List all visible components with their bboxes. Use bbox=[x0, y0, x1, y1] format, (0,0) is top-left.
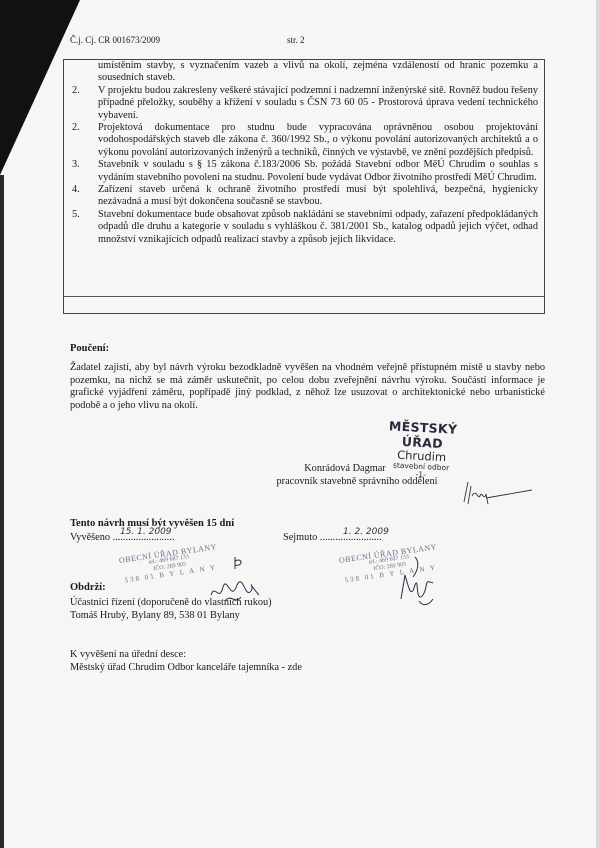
document-page: Č.j. Cj. CR 001673/2009 str. 2 umístěním… bbox=[0, 0, 600, 848]
recipients-line-2: Tomáš Hrubý, Bylany 89, 538 01 Bylany bbox=[70, 610, 240, 623]
recipients-line-1: Účastníci řízení (doporučeně do vlastníc… bbox=[70, 597, 272, 610]
signatory-name: Konrádová Dagmar bbox=[270, 463, 420, 474]
box-divider bbox=[64, 296, 544, 297]
notice-board-label: K vyvěšení na úřední desce: bbox=[70, 649, 186, 662]
posted-date: 15. 1. 2009 bbox=[120, 527, 172, 537]
condition-item: 4. Zařízení staveb určená k ochraně živo… bbox=[64, 184, 538, 209]
recipients-title: Obdrží: bbox=[70, 582, 106, 593]
signature-officer bbox=[462, 478, 542, 508]
condition-item: 2. V projektu budou zakresleny veškeré s… bbox=[64, 85, 538, 122]
notice-board-value: Městský úřad Chrudim Odbor kanceláře taj… bbox=[70, 662, 302, 675]
page-number: str. 2 bbox=[287, 35, 305, 45]
municipal-stamp-right: OBECNÍ ÚŘAD BYLANY tel.: 469 687 133 IČO… bbox=[339, 543, 441, 584]
conditions-box: umístěním stavby, s vyznačením vazeb a v… bbox=[63, 59, 545, 314]
condition-continuation: umístěním stavby, s vyznačením vazeb a v… bbox=[64, 60, 538, 85]
reference-number: Č.j. Cj. CR 001673/2009 bbox=[70, 35, 160, 45]
removed-date: 1. 2. 2009 bbox=[343, 527, 389, 537]
condition-item: 3. Stavebník v souladu s § 15 zákona č.1… bbox=[64, 159, 538, 184]
signatory-role: pracovník stavebně správního oddělení bbox=[262, 476, 452, 487]
pouceni-text: Žadatel zajistí, aby byl návrh výroku be… bbox=[70, 362, 545, 412]
pouceni-title: Poučení: bbox=[70, 343, 109, 354]
condition-item: 2. Projektová dokumentace pro studnu bud… bbox=[64, 122, 538, 159]
condition-item: 5. Stavební dokumentace bude obsahovat z… bbox=[64, 209, 538, 246]
municipal-stamp-left: OBECNÍ ÚŘAD BYLANY tel.: 469 687 133 IČO… bbox=[119, 543, 221, 584]
